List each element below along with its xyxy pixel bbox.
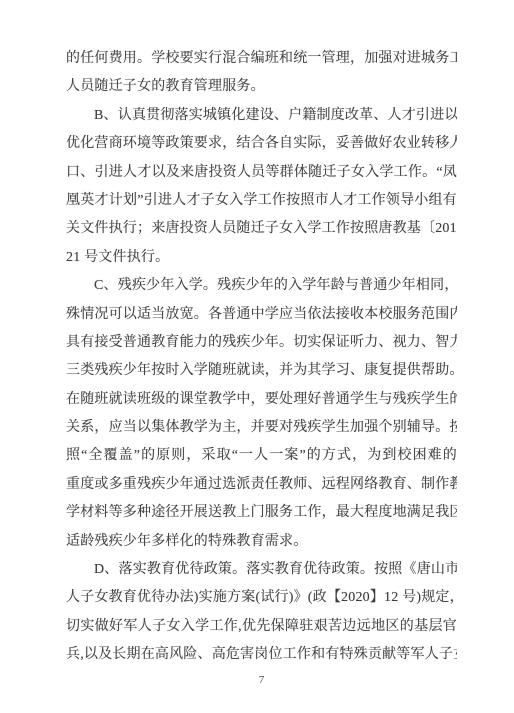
text-line: 口、引进人才以及来唐投资人员等群体随迁子女入学工作。“凤 [66, 159, 457, 187]
text-line: 三类残疾少年按时入学随班就读，并为其学习、康复提供帮助。 [66, 357, 457, 385]
text-line: 关文件执行；来唐投资人员随迁子女入学工作按照唐教基〔2018〕 [66, 215, 457, 243]
text-line-paragraph-d-start: D、落实教育优待政策。落实教育优待政策。按照《唐山市〈军 [66, 556, 457, 584]
text-line: 殊情况可以适当放宽。各普通中学应当依法接收本校服务范围内 [66, 301, 457, 329]
text-line: 重度或多重残疾少年通过选派责任教师、远程网络教育、制作教 [66, 471, 457, 499]
text-line: 切实做好军人子女入学工作,优先保障驻艰苦边远地区的基层官 [66, 613, 457, 641]
text-line: 关系，应当以集体教学为主，并要对残疾学生加强个别辅导。按 [66, 414, 457, 442]
text-line: 凰英才计划”引进人才子女入学工作按照市人才工作领导小组有 [66, 187, 457, 215]
document-body: 的任何费用。学校要实行混合编班和统一管理，加强对进城务工 人员随迁子女的教育管理… [66, 45, 457, 670]
text-line: 人员随迁子女的教育管理服务。 [66, 73, 457, 101]
page-number: 7 [66, 673, 457, 687]
text-line: 学材料等多种途径开展送教上门服务工作，最大程度地满足我区 [66, 499, 457, 527]
text-line: 兵,以及长期在高风险、高危害岗位工作和有特殊贡献等军人子女 [66, 641, 457, 669]
text-line-paragraph-b-start: B、认真贯彻落实城镇化建设、户籍制度改革、人才引进以及 [66, 102, 457, 130]
text-line: 21 号文件执行。 [66, 244, 457, 272]
text-line: 照“全覆盖”的原则，采取“一人一案”的方式，为到校困难的 [66, 442, 457, 470]
text-line-paragraph-c-start: C、残疾少年入学。残疾少年的入学年龄与普通少年相同，特 [66, 272, 457, 300]
document-page: 的任何费用。学校要实行混合编班和统一管理，加强对进城务工 人员随迁子女的教育管理… [0, 0, 514, 713]
text-line: 优化营商环境等政策要求，结合各自实际，妥善做好农业转移人 [66, 130, 457, 158]
text-line: 具有接受普通教育能力的残疾少年。切实保证听力、视力、智力 [66, 329, 457, 357]
text-line: 的任何费用。学校要实行混合编班和统一管理，加强对进城务工 [66, 45, 457, 73]
text-line: 适龄残疾少年多样化的特殊教育需求。 [66, 528, 457, 556]
text-line: 在随班就读班级的课堂教学中，要处理好普通学生与残疾学生的 [66, 386, 457, 414]
text-line: 人子女教育优待办法)实施方案(试行)》(政【2020】12 号)规定， [66, 584, 457, 612]
